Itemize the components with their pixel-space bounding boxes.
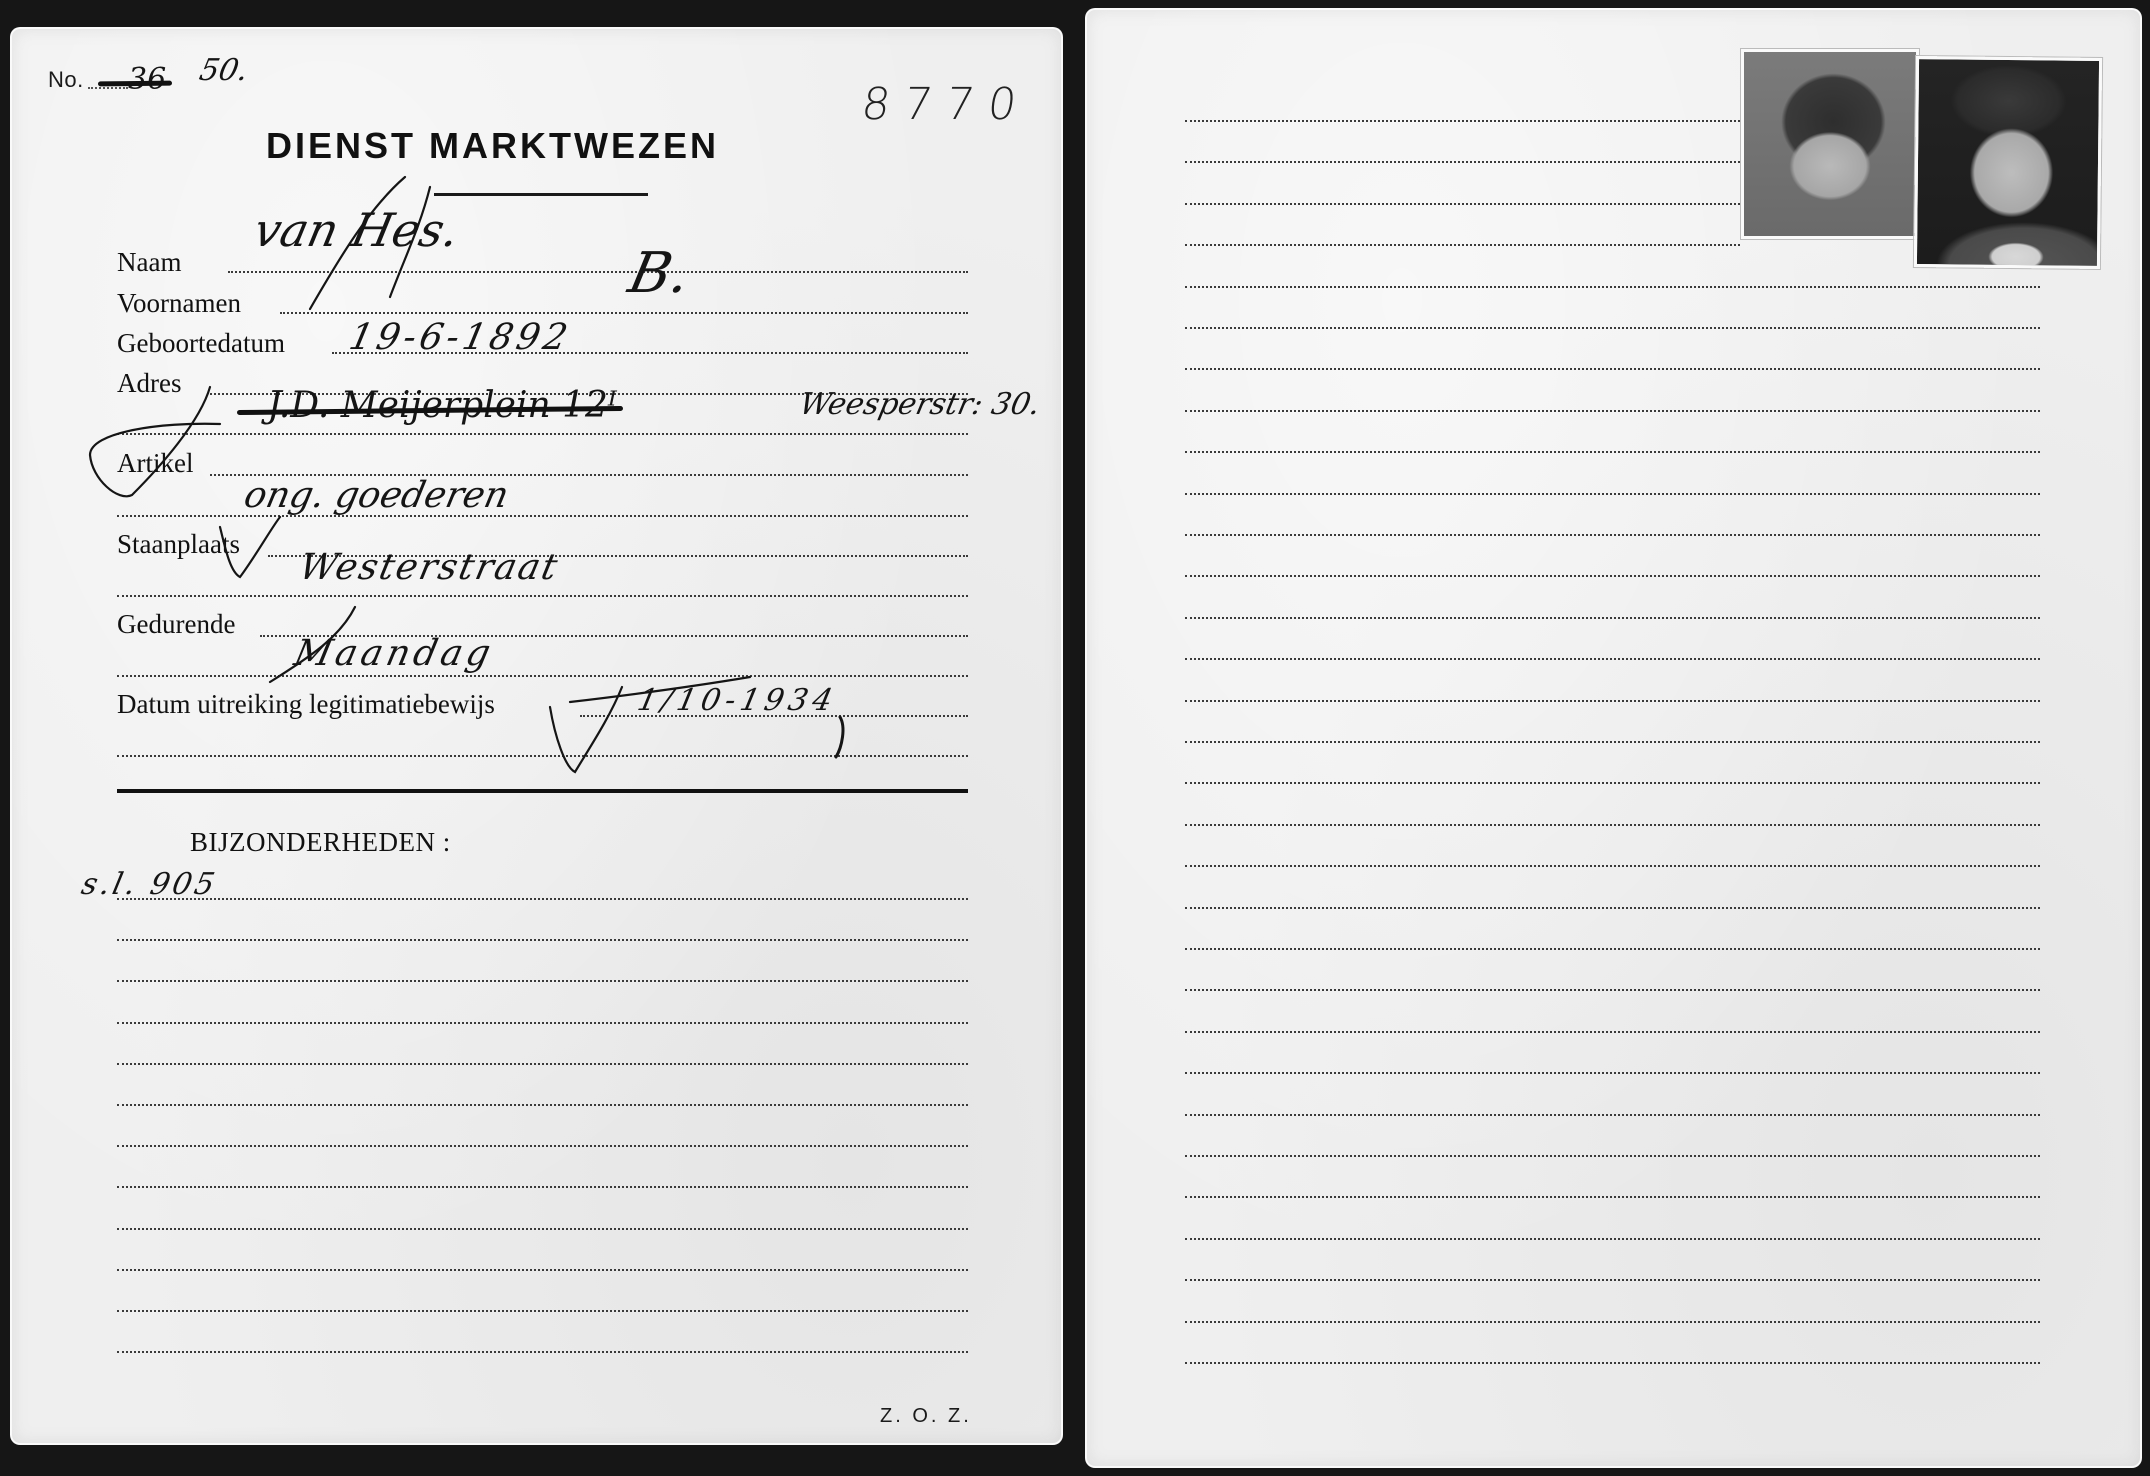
ruled-line <box>1185 120 1740 122</box>
ruled-line <box>1185 824 2040 826</box>
ruled-line <box>1185 1196 2040 1198</box>
ruled-line <box>1185 1155 2040 1157</box>
remarks-line <box>117 980 968 982</box>
ruled-line <box>1185 1238 2040 1240</box>
remarks-line <box>117 898 968 900</box>
ruled-line <box>1185 203 1740 205</box>
remarks-line <box>117 1063 968 1065</box>
ruled-line <box>1185 1114 2040 1116</box>
registration-card-front: No. 36 50. 8770 DIENST MARKTWEZEN Naam v… <box>10 27 1063 1445</box>
remarks-line <box>117 1310 968 1312</box>
ruled-line <box>1185 782 2040 784</box>
ruled-line <box>1185 1031 2040 1033</box>
remarks-line <box>117 1145 968 1147</box>
ruled-line <box>1185 493 2040 495</box>
check-marks-icon <box>10 27 1063 827</box>
ruled-line <box>1185 534 2040 536</box>
ruled-line <box>1185 368 2040 370</box>
ruled-line <box>1185 617 2040 619</box>
photo-man: Passport photo of a man <box>1914 56 2102 269</box>
photo-woman: Passport photo of a woman <box>1741 49 1919 239</box>
ruled-line <box>1185 161 1740 163</box>
ruled-line <box>1185 741 2040 743</box>
ruled-line <box>1185 575 2040 577</box>
remarks-line <box>117 1022 968 1024</box>
ruled-line <box>1185 1362 2040 1364</box>
remarks-line <box>117 939 968 941</box>
remarks-line <box>117 1351 968 1353</box>
ruled-line <box>1185 286 2040 288</box>
section-divider <box>117 789 968 793</box>
remarks-line <box>117 1104 968 1106</box>
ruled-line <box>1185 658 2040 660</box>
ruled-line <box>1185 1321 2040 1323</box>
ruled-line <box>1185 948 2040 950</box>
ruled-line <box>1185 451 2040 453</box>
ruled-line <box>1185 907 2040 909</box>
ruled-line <box>1185 327 2040 329</box>
ruled-line <box>1185 865 2040 867</box>
remarks-value: s.l. 905 <box>78 867 220 902</box>
registration-card-back: Passport photo of a woman Passport photo… <box>1085 8 2142 1468</box>
ruled-line <box>1185 989 2040 991</box>
footer-zoz: Z. O. Z. <box>880 1405 972 1428</box>
ruled-line <box>1185 1279 2040 1281</box>
remarks-line <box>117 1186 968 1188</box>
ruled-line <box>1185 244 1740 246</box>
ruled-line <box>1185 700 2040 702</box>
ruled-line <box>1185 410 2040 412</box>
remarks-line <box>117 1228 968 1230</box>
remarks-heading: BIJZONDERHEDEN : <box>190 827 451 858</box>
ruled-line <box>1185 1072 2040 1074</box>
remarks-line <box>117 1269 968 1271</box>
